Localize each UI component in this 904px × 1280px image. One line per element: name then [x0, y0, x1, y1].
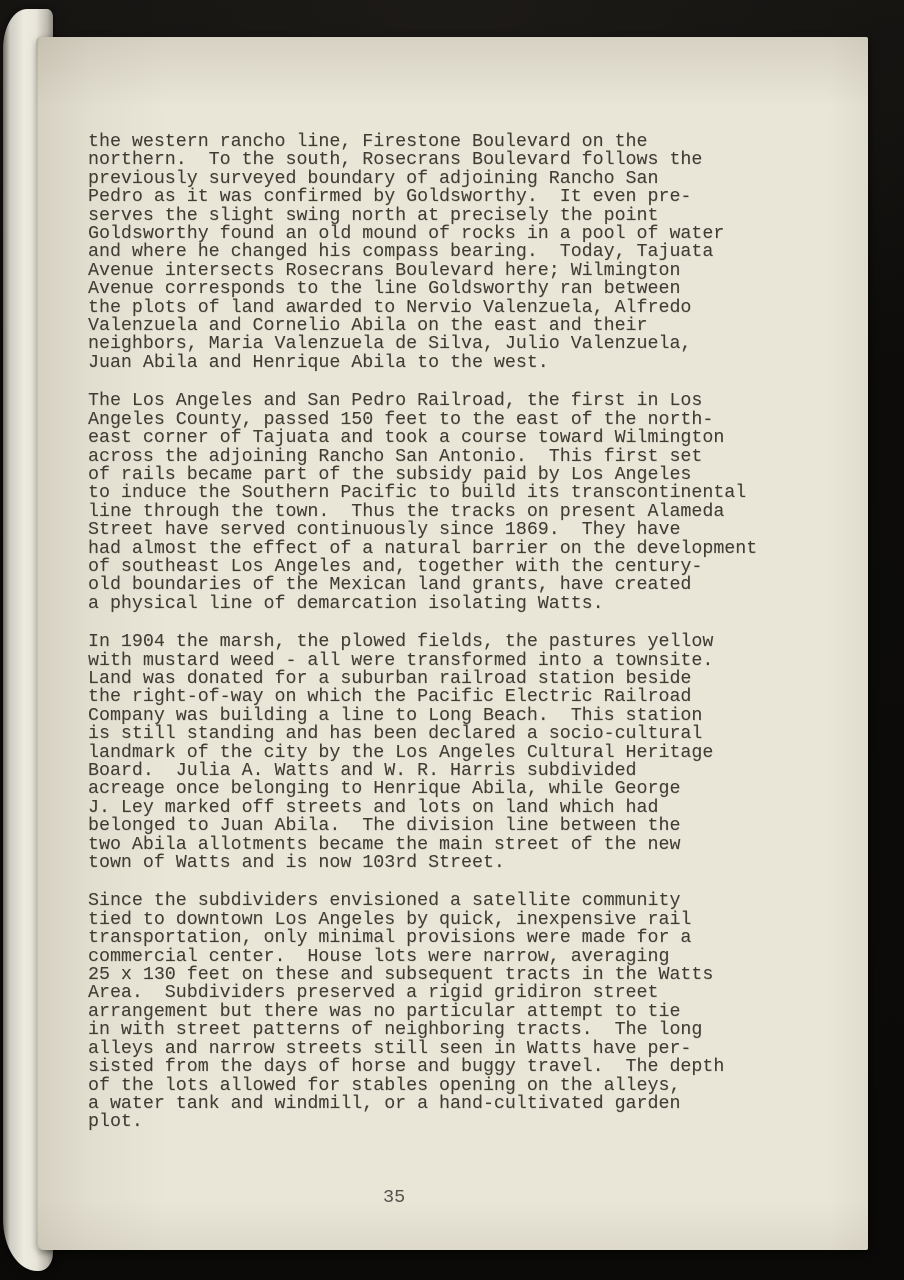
page-number: 35 [383, 1188, 405, 1207]
paragraph: the western rancho line, Firestone Boule… [88, 133, 788, 372]
book-page: the western rancho line, Firestone Boule… [36, 37, 868, 1250]
scanned-book-photo: the western rancho line, Firestone Boule… [0, 0, 904, 1280]
page-text: the western rancho line, Firestone Boule… [88, 133, 788, 1152]
paragraph: The Los Angeles and San Pedro Railroad, … [88, 392, 788, 613]
paragraph: Since the subdividers envisioned a satel… [88, 892, 788, 1131]
paragraph: In 1904 the marsh, the plowed fields, th… [88, 633, 788, 872]
